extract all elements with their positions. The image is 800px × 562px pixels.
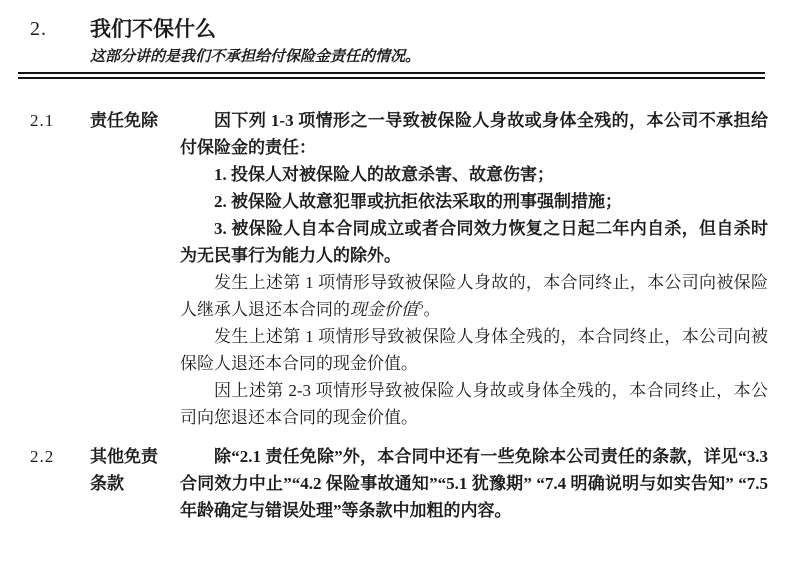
text-segment: 发生上述第 1 项情形导致被保险人身体全残的，本合同终止，本公司向被保险人退还本… [180, 327, 768, 373]
clause-label-line: 条款 [90, 470, 180, 497]
clause-label: 责任免除 [90, 107, 180, 431]
text-segment: 因上述第 2-3 项情形导致被保险人身故或身体全残的，本合同终止，本公司向您退还… [180, 381, 768, 427]
section-title: 我们不保什么 [90, 16, 765, 42]
clause-paragraph: 发生上述第 1 项情形导致被保险人身故的，本合同终止，本公司向被保险人继承人退还… [180, 269, 768, 323]
clause-paragraph: 1. 投保人对被保险人的故意杀害、故意伤害； [180, 161, 768, 188]
document-page: 2. 我们不保什么 这部分讲的是我们不承担给付保险金责任的情况。 2.1责任免除… [0, 0, 800, 562]
clause-label-line: 责任免除 [90, 107, 180, 134]
clause-paragraph: 3. 被保险人自本合同成立或者合同效力恢复之日起二年内自杀，但自杀时为无民事行为… [180, 215, 768, 269]
text-segment: 因下列 1-3 项情形之一导致被保险人身故或身体全残的，本公司不承担给付保险金的… [180, 111, 768, 157]
section-number: 2. [30, 16, 90, 42]
text-segment: 2. 被保险人故意犯罪或抗拒依法采取的刑事强制措施； [214, 192, 622, 211]
section-subtitle: 这部分讲的是我们不承担给付保险金责任的情况。 [90, 47, 765, 67]
clause-paragraph: 2. 被保险人故意犯罪或抗拒依法采取的刑事强制措施； [180, 188, 768, 215]
clause-row-2.2: 2.2其他免责条款除“2.1 责任免除”外，本合同中还有一些免除本公司责任的条款… [0, 443, 800, 524]
clause-label-line: 其他免责 [90, 443, 180, 470]
text-segment: 发生上述第 1 项情形导致被保险人身故的，本合同终止，本公司向被保险人继承人退还… [180, 273, 768, 319]
text-segment: 除“2.1 责任免除”外，本合同中还有一些免除本公司责任的条款，详见“3.3 合… [180, 447, 768, 520]
clause-body: 除“2.1 责任免除”外，本合同中还有一些免除本公司责任的条款，详见“3.3 合… [180, 443, 768, 524]
text-segment: 3. 被保险人自本合同成立或者合同效力恢复之日起二年内自杀，但自杀时为无民事行为… [180, 219, 768, 265]
clause-paragraph: 因下列 1-3 项情形之一导致被保险人身故或身体全残的，本公司不承担给付保险金的… [180, 107, 768, 161]
section-header-main: 我们不保什么 这部分讲的是我们不承担给付保险金责任的情况。 [90, 16, 765, 67]
clause-number: 2.2 [30, 443, 90, 524]
clauses-container: 2.1责任免除因下列 1-3 项情形之一导致被保险人身故或身体全残的，本公司不承… [0, 79, 800, 524]
clause-label: 其他免责条款 [90, 443, 180, 524]
text-segment: 。 [424, 300, 441, 319]
clause-paragraph: 因上述第 2-3 项情形导致被保险人身故或身体全残的，本合同终止，本公司向您退还… [180, 377, 768, 431]
clause-paragraph: 发生上述第 1 项情形导致被保险人身体全残的，本合同终止，本公司向被保险人退还本… [180, 323, 768, 377]
clause-row-2.1: 2.1责任免除因下列 1-3 项情形之一导致被保险人身故或身体全残的，本公司不承… [0, 107, 800, 431]
double-rule-divider [18, 72, 765, 79]
term-italic: 现金价值 [350, 300, 418, 319]
section-header: 2. 我们不保什么 这部分讲的是我们不承担给付保险金责任的情况。 [0, 0, 800, 67]
clause-body: 因下列 1-3 项情形之一导致被保险人身故或身体全残的，本公司不承担给付保险金的… [180, 107, 768, 431]
clause-paragraph: 除“2.1 责任免除”外，本合同中还有一些免除本公司责任的条款，详见“3.3 合… [180, 443, 768, 524]
clause-number: 2.1 [30, 107, 90, 431]
text-segment: 1. 投保人对被保险人的故意杀害、故意伤害； [214, 165, 554, 184]
